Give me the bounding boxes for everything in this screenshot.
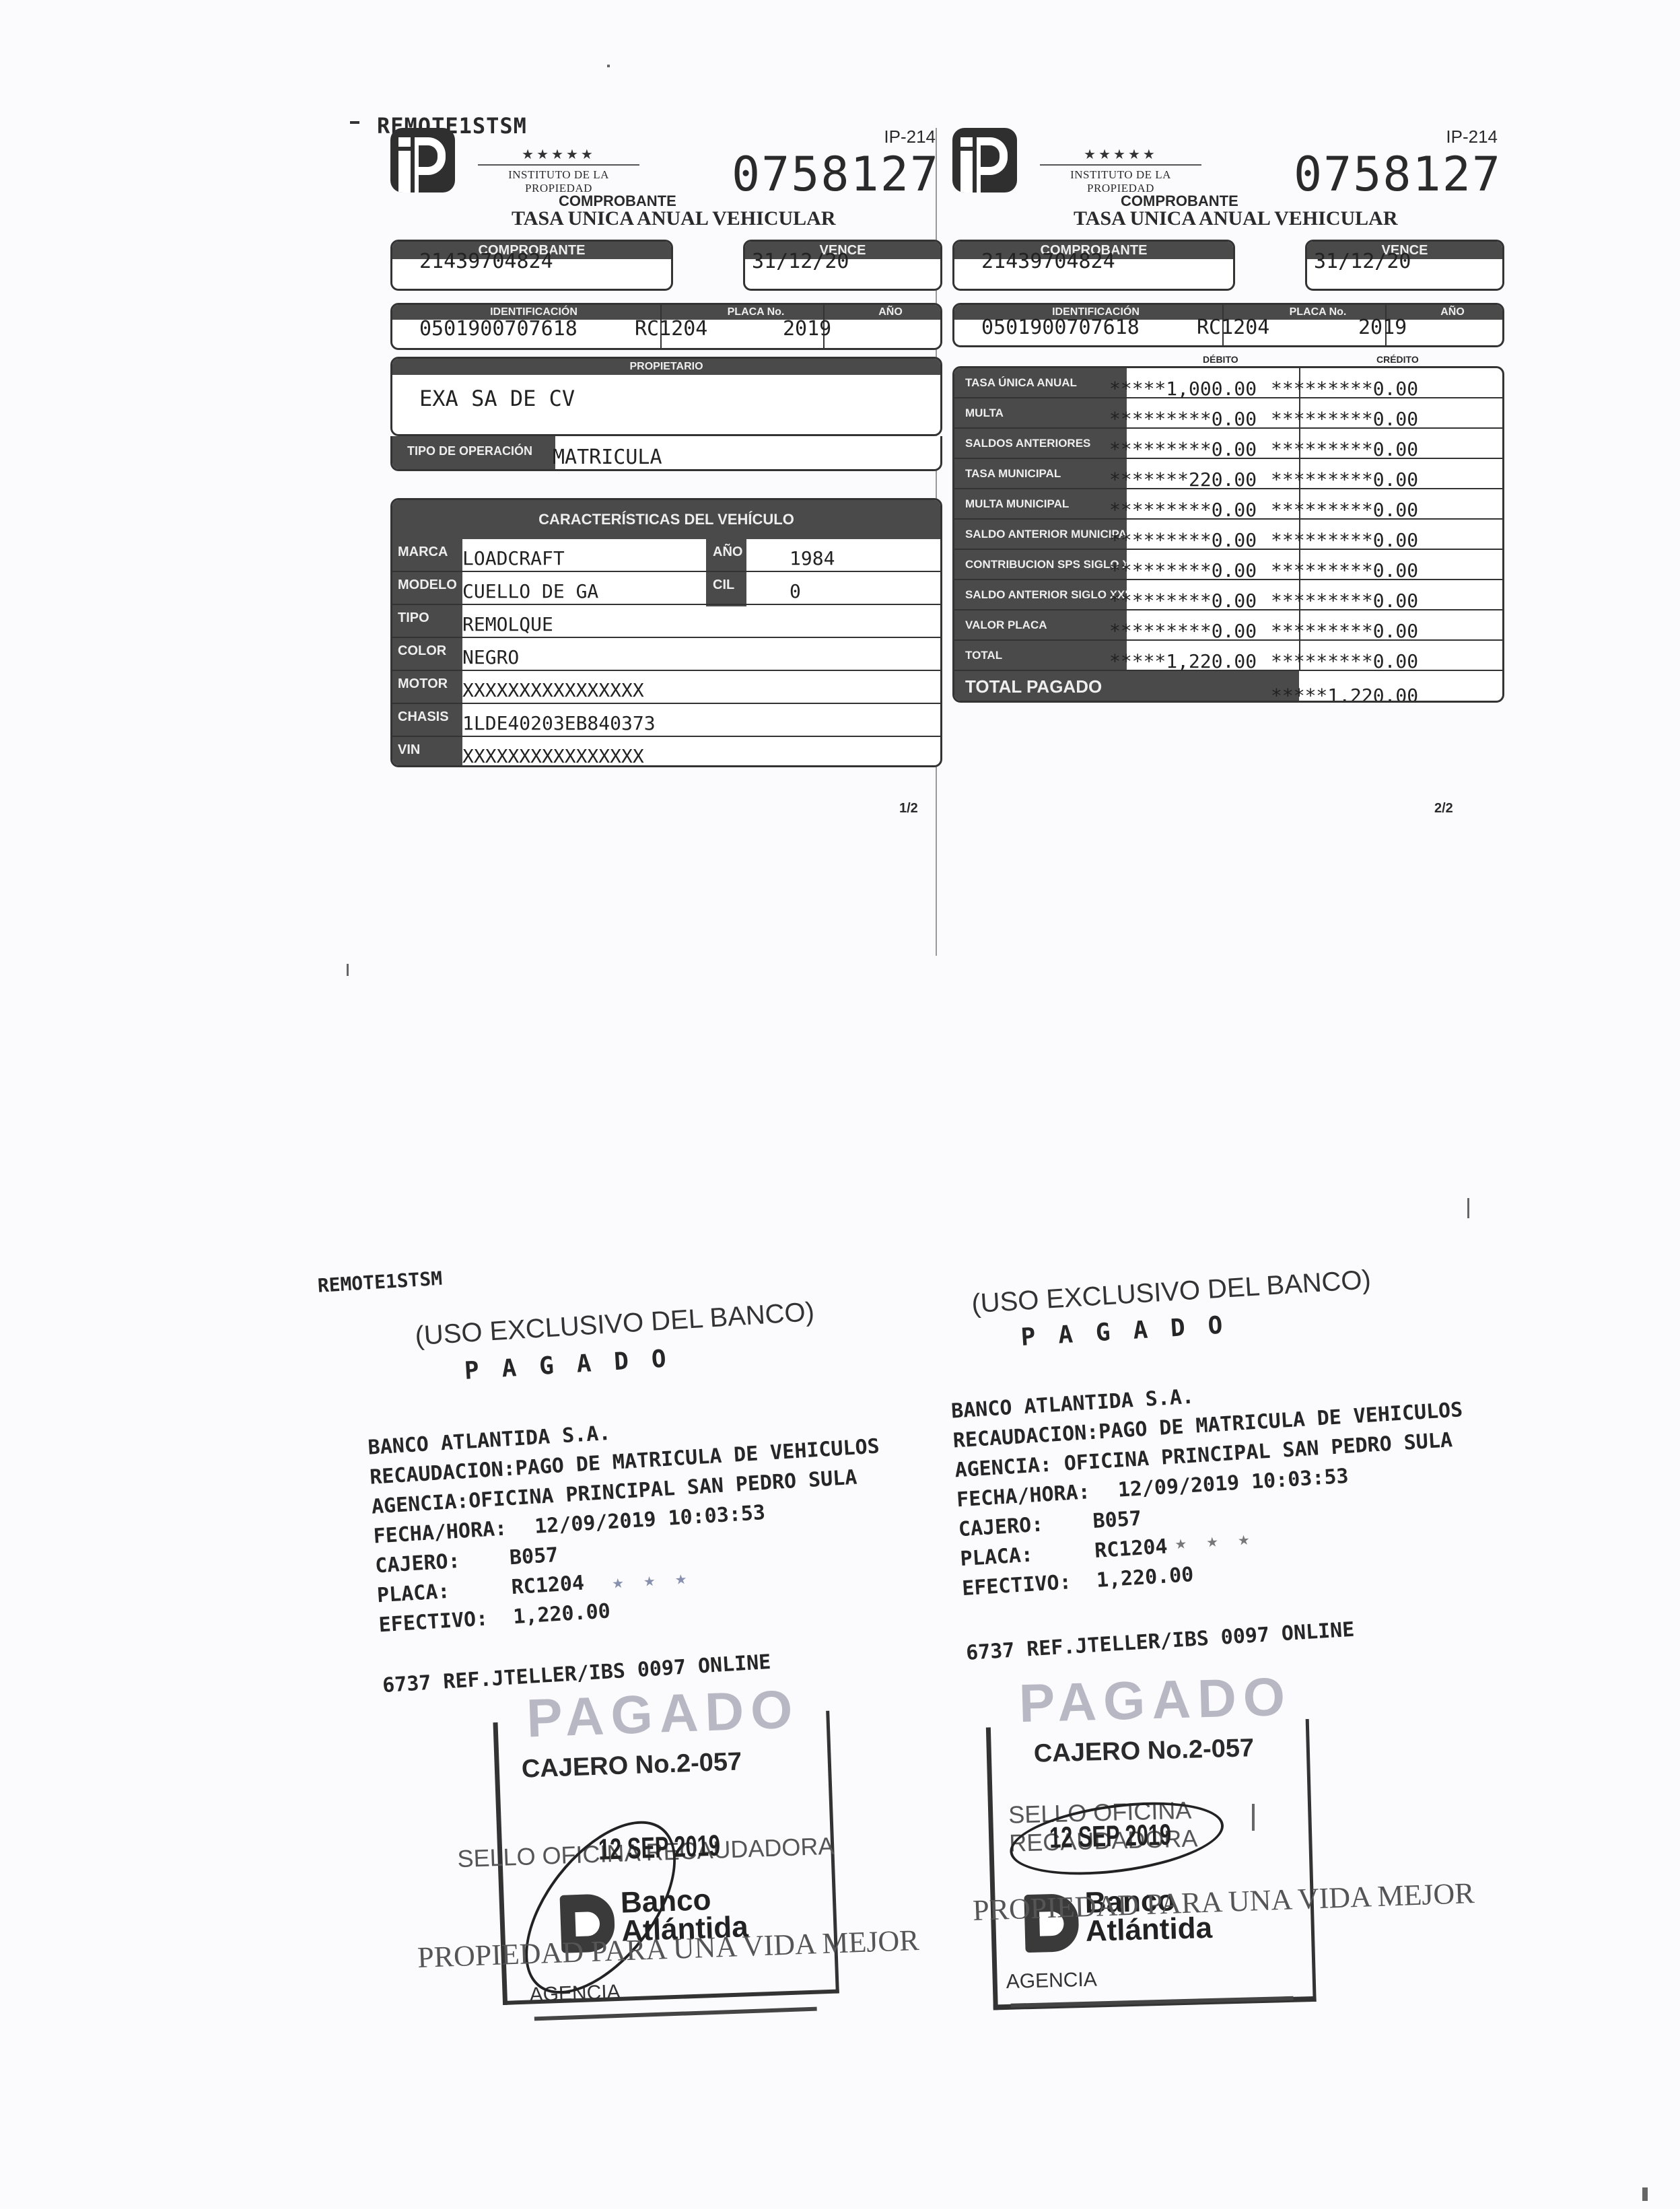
vehicle-field-label: TIPO <box>398 610 429 626</box>
stamp-pagado-ghost: PAGADO <box>526 1678 800 1749</box>
ledger-concept: TASA ÚNICA ANUAL <box>965 376 1127 390</box>
ledger-debit: *********0.00 <box>1109 620 1257 642</box>
ledger-credit: *********0.00 <box>1271 559 1418 582</box>
cajero-value: B057 <box>1092 1507 1142 1533</box>
ledger-concept: MULTA MUNICIPAL <box>965 497 1127 511</box>
ledger-concept: CONTRIBUCION SPS SIGLO XXI <box>965 558 1127 571</box>
comprobante-box: COMPROBANTE 21439704824 <box>390 240 673 291</box>
ledger-credit: *********0.00 <box>1271 590 1418 612</box>
form-code: IP-214 <box>1446 127 1498 147</box>
ledger-row: MULTA*********0.00*********0.00 <box>954 398 1502 429</box>
operator-id: REMOTE1STSM <box>317 1267 443 1297</box>
vence-box: VENCE 31/12/20 <box>743 240 942 291</box>
propietario-value: EXA SA DE CV <box>419 386 575 411</box>
stamp-pagado-ghost: PAGADO <box>1018 1666 1292 1735</box>
vehicle-field-value: REMOLQUE <box>462 613 553 635</box>
vehicle-row: VINXXXXXXXXXXXXXXXX <box>392 737 940 767</box>
doc-title: TASA UNICA ANUAL VEHICULAR <box>512 207 836 230</box>
ledger-row: MULTA MUNICIPAL*********0.00*********0.0… <box>954 489 1502 520</box>
vehicle-field-value: XXXXXXXXXXXXXXXX <box>462 679 644 701</box>
anio-value: 2019 <box>1358 316 1407 339</box>
cajero-value: B057 <box>509 1543 559 1570</box>
ledger-concept: SALDO ANTERIOR MUNICIPAL <box>965 528 1127 541</box>
ledger-debit: *********0.00 <box>1109 529 1257 551</box>
tipo-operacion-value: MATRICULA <box>553 446 662 469</box>
debito-label: DÉBITO <box>1203 354 1238 365</box>
doc-title: TASA UNICA ANUAL VEHICULAR <box>1074 207 1398 230</box>
ledger-debit: *********0.00 <box>1109 590 1257 612</box>
form-code: IP-214 <box>884 127 936 147</box>
institution-block: ★★★★★ INSTITUTO DE LA PROPIEDAD <box>1040 148 1201 195</box>
vence-value: 31/12/20 <box>1314 250 1411 273</box>
stamp-agencia: AGENCIA <box>1006 1962 1337 2017</box>
ledger-credit: *********0.00 <box>1271 378 1418 400</box>
vehicle-field-label: MOTOR <box>398 676 448 692</box>
ledger-debit: *****1,000.00 <box>1109 378 1257 400</box>
bank-stamp-2: PAGADO CAJERO No.2-057 SELLO OFICINA REC… <box>979 1691 1337 2023</box>
ledger-credit: *********0.00 <box>1271 529 1418 551</box>
anio-label: AÑO <box>1399 305 1504 320</box>
ident-value: 0501900707618 <box>419 317 577 341</box>
ident-box: IDENTIFICACIÓN PLACA No. AÑO 05019007076… <box>390 303 942 350</box>
ident-value: 0501900707618 <box>981 316 1140 339</box>
vehicle-row: TIPOREMOLQUE <box>392 605 940 638</box>
comprobante-box: COMPROBANTE 21439704824 <box>952 240 1235 291</box>
institution-name: INSTITUTO DE LA PROPIEDAD <box>478 168 639 195</box>
ip-logo-icon <box>390 128 455 192</box>
ledger-debit: *********0.00 <box>1109 499 1257 521</box>
vehicle-characteristics-title: CARACTERÍSTICAS DEL VEHÍCULO <box>392 500 940 539</box>
anio-value: 2019 <box>783 317 831 341</box>
ledger-row: SALDO ANTERIOR MUNICIPAL*********0.00***… <box>954 520 1502 550</box>
vehicle-row: MODELOCUELLO DE GACIL0 <box>392 572 940 605</box>
ledger-debit: *********0.00 <box>1109 559 1257 582</box>
pagado-label: PAGADO <box>464 1344 690 1385</box>
propietario-box: PROPIETARIO EXA SA DE CV <box>390 357 942 436</box>
vehicle-field-value: CUELLO DE GA <box>462 580 598 602</box>
vehicle-field-value: 0 <box>790 580 801 602</box>
vehicle-field-label: CHASIS <box>398 709 449 725</box>
folio-number: 0758127 <box>732 147 940 202</box>
efectivo-label: EFECTIVO: <box>961 1570 1072 1601</box>
receipt-page-1: ★★★★★ INSTITUTO DE LA PROPIEDAD IP-214 0… <box>390 108 942 821</box>
vence-value: 31/12/20 <box>752 250 849 273</box>
ledger-row: VALOR PLACA*********0.00*********0.00 <box>954 610 1502 641</box>
ledger-credit: *********0.00 <box>1271 468 1418 491</box>
vehicle-field-value: NEGRO <box>462 646 519 668</box>
ledger-row: CONTRIBUCION SPS SIGLO XXI*********0.00*… <box>954 550 1502 580</box>
total-pagado-value: *****1,220.00 <box>1271 685 1418 703</box>
total-pagado-label: TOTAL PAGADO <box>965 676 1102 697</box>
bank-stamp-1: PAGADO CAJERO No.2-057 SELLO OFICINA REC… <box>493 1697 853 2032</box>
tipo-operacion-label: TIPO DE OPERACIÓN <box>392 436 555 469</box>
ledger-table: TASA ÚNICA ANUAL*****1,000.00*********0.… <box>952 366 1504 703</box>
ledger-row: SALDOS ANTERIORES*********0.00*********0… <box>954 429 1502 459</box>
vehicle-field-label: VIN <box>398 742 420 758</box>
vehicle-field-label: CIL <box>713 577 734 593</box>
vehicle-row: CHASIS1LDE40203EB840373 <box>392 704 940 737</box>
ledger-concept: VALOR PLACA <box>965 619 1127 632</box>
stamp-cajero-number: CAJERO No.2-057 <box>1033 1734 1254 1769</box>
cajero-label: CAJERO: <box>958 1513 1044 1542</box>
stars-icon: ★★★ <box>1175 1526 1270 1554</box>
placa-label: PLACA: <box>376 1580 450 1608</box>
pagado-label: PAGADO <box>1020 1310 1247 1352</box>
vehicle-field-value: 1984 <box>790 547 835 569</box>
institution-name: INSTITUTO DE LA PROPIEDAD <box>1040 168 1201 195</box>
fecha-label: FECHA/HORA: <box>373 1516 508 1548</box>
ledger-debit: *****1,220.00 <box>1109 650 1257 672</box>
ledger-concept: TOTAL <box>965 649 1127 662</box>
ledger-row: SALDO ANTERIOR SIGLO XXI*********0.00***… <box>954 580 1502 610</box>
folio-number: 0758127 <box>1294 147 1502 202</box>
efectivo-value: 1,220.00 <box>512 1599 610 1629</box>
vehicle-field-value: XXXXXXXXXXXXXXXX <box>462 745 644 767</box>
ledger-concept: TASA MUNICIPAL <box>965 467 1127 481</box>
placa-value: RC1204 <box>1094 1535 1168 1563</box>
reference: 6737 REF.JTELLER/IBS 0097 ONLINE <box>965 1618 1355 1665</box>
bank-use-label: (USO EXCLUSIVO DEL BANCO) <box>971 1265 1372 1319</box>
anio-label: AÑO <box>837 305 942 320</box>
vehicle-characteristics: CARACTERÍSTICAS DEL VEHÍCULO MARCALOADCR… <box>390 498 942 767</box>
stars-icon: ★★★ <box>612 1565 707 1593</box>
ledger-row: TASA ÚNICA ANUAL*****1,000.00*********0.… <box>954 368 1502 398</box>
ledger-credit: *********0.00 <box>1271 650 1418 672</box>
comprobante-value: 21439704824 <box>419 250 553 273</box>
placa-value: RC1204 <box>511 1572 585 1600</box>
ledger-debit: *******220.00 <box>1109 468 1257 491</box>
institution-block: ★★★★★ INSTITUTO DE LA PROPIEDAD <box>478 148 639 195</box>
stars-icon: ★★★★★ <box>1040 148 1201 162</box>
tipo-operacion-box: TIPO DE OPERACIÓN MATRICULA <box>390 436 942 471</box>
page-number: 2/2 <box>1434 801 1453 816</box>
page-number: 1/2 <box>899 801 918 816</box>
efectivo-label: EFECTIVO: <box>378 1607 489 1637</box>
ledger-debit: *********0.00 <box>1109 438 1257 460</box>
stars-icon: ★★★★★ <box>478 148 639 162</box>
vehicle-field-label: COLOR <box>398 643 446 659</box>
ledger-debit: *********0.00 <box>1109 408 1257 430</box>
vehicle-row: MOTORXXXXXXXXXXXXXXXX <box>392 671 940 704</box>
vehicle-field-value: 1LDE40203EB840373 <box>462 712 656 734</box>
vehicle-field-label: AÑO <box>713 545 742 560</box>
propietario-label: PROPIETARIO <box>392 359 940 375</box>
vehicle-row: MARCALOADCRAFTAÑO1984 <box>392 539 940 572</box>
ledger-row: TOTAL*****1,220.00*********0.00 <box>954 641 1502 671</box>
fecha-label: FECHA/HORA: <box>956 1480 1090 1512</box>
vehicle-field-label: MODELO <box>398 577 457 593</box>
bank-use-label: (USO EXCLUSIVO DEL BANCO) <box>414 1297 815 1352</box>
ledger-concept: SALDOS ANTERIORES <box>965 437 1127 450</box>
vence-box: VENCE 31/12/20 <box>1305 240 1504 291</box>
efectivo-value: 1,220.00 <box>1096 1563 1194 1592</box>
vehicle-row: COLORNEGRO <box>392 638 940 671</box>
vehicle-field-label: MARCA <box>398 545 448 560</box>
ledger-row: TASA MUNICIPAL*******220.00*********0.00 <box>954 459 1502 489</box>
ledger-concept: MULTA <box>965 407 1127 420</box>
ident-box: IDENTIFICACIÓN PLACA No. AÑO 05019007076… <box>952 303 1504 347</box>
ledger-credit: *********0.00 <box>1271 408 1418 430</box>
cajero-label: CAJERO: <box>374 1549 460 1578</box>
total-pagado-row: TOTAL PAGADO *****1,220.00 <box>954 671 1502 703</box>
ledger-concept: SALDO ANTERIOR SIGLO XXI <box>965 588 1127 602</box>
ledger-credit: *********0.00 <box>1271 438 1418 460</box>
ip-logo-icon <box>952 128 1017 192</box>
vehicle-field-value: LOADCRAFT <box>462 547 565 569</box>
ledger-credit: *********0.00 <box>1271 499 1418 521</box>
receipt-page-2: ★★★★★ INSTITUTO DE LA PROPIEDAD IP-214 0… <box>952 108 1504 821</box>
credito-label: CRÉDITO <box>1376 354 1419 365</box>
comprobante-value: 21439704824 <box>981 250 1115 273</box>
placa-value: RC1204 <box>1197 316 1269 339</box>
ledger-credit: *********0.00 <box>1271 620 1418 642</box>
placa-label: PLACA: <box>960 1543 1034 1572</box>
placa-value: RC1204 <box>635 317 707 341</box>
